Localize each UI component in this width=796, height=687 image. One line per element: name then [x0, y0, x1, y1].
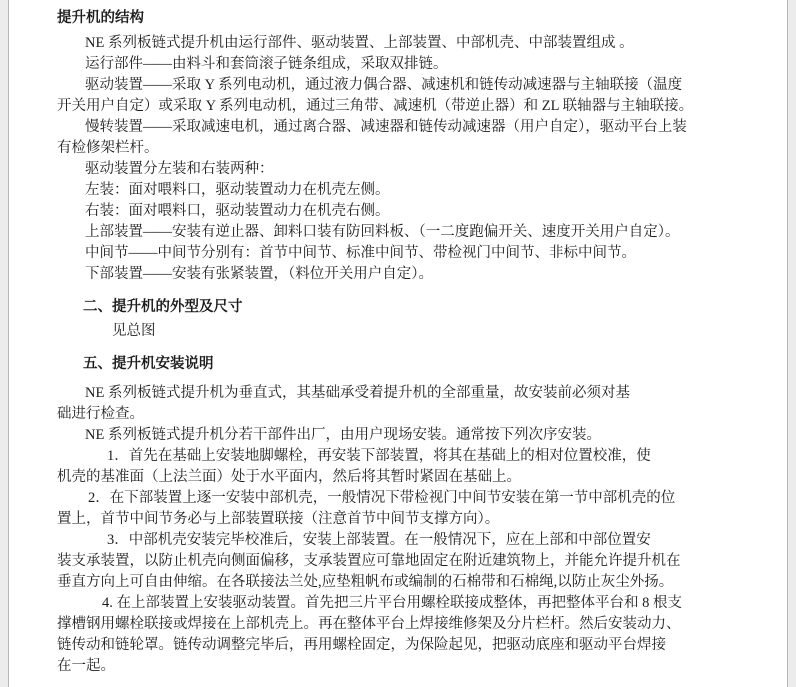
page-left-edge — [0, 0, 9, 687]
paragraph-line: 左装：面对喂料口，驱动装置动力在机壳左侧。 — [57, 180, 771, 201]
paragraph-line: 运行部件——由料斗和套筒滚子链条组成，采取双排链。 — [57, 54, 771, 75]
numbered-step-line: 3．中部机壳安装完毕校准后，安装上部装置。在一般情况下，应在上部和中部位置安 — [57, 530, 771, 551]
paragraph-line: 置上，首节中间节务必与上部装置联接（注意首节中间节支撑方向）。 — [57, 509, 771, 530]
numbered-step-line: 1．首先在基础上安装地脚螺栓，再安装下部装置，将其在基础上的相对位置校准，使 — [57, 446, 771, 467]
paragraph-line: 驱动装置——采取 Y 系列电动机，通过液力偶合器、减速机和链传动减速器与主轴联接… — [57, 75, 771, 96]
paragraph-line: 装支承装置，以防止机壳向侧面偏移，支承装置应可靠地固定在附近建筑物上，并能允许提… — [57, 551, 771, 572]
paragraph-line: 见总图 — [57, 321, 771, 342]
paragraph-line: 中间节——中间节分别有：首节中间节、标准中间节、带检视门中间节、非标中间节。 — [57, 243, 771, 264]
paragraph-line: 在一起。 — [57, 656, 771, 677]
paragraph-line: 链传动和链轮罩。链传动调整完毕后，再用螺栓固定，为保险起见，把驱动底座和驱动平台… — [57, 635, 771, 656]
paragraph-line: 撑槽钢用螺栓联接或焊接在上部机壳上。再在整体平台上焊接维修架及分片栏杆。然后安装… — [57, 614, 771, 635]
page-right-edge — [787, 0, 796, 687]
paragraph-line: 有检修架栏杆。 — [57, 138, 771, 159]
document-viewer: 提升机的结构 NE 系列板链式提升机由运行部件、驱动装置、上部装置、中部机壳、中… — [0, 0, 796, 687]
paragraph-line: 开关用户自定）或采取 Y 系列电动机，通过三角带、减速机（带逆止器）和 ZL 联… — [57, 96, 771, 117]
paragraph-line: NE 系列板链式提升机由运行部件、驱动装置、上部装置、中部机壳、中部装置组成 。 — [57, 33, 771, 54]
paragraph-line: 驱动装置分左装和右装两种： — [57, 159, 771, 180]
paragraph-line: NE 系列板链式提升机分若干部件出厂，由用户现场安装。通常按下列次序安装。 — [57, 425, 771, 446]
paragraph-line: NE 系列板链式提升机为垂直式，其基础承受着提升机的全部重量，故安装前必须对基 — [57, 383, 771, 404]
numbered-step-line: 2．在下部装置上逐一安装中部机壳，一般情况下带检视门中间节安装在第一节中部机壳的… — [57, 488, 771, 509]
section-heading: 二、提升机的外型及尺寸 — [57, 297, 771, 318]
paragraph-line: 垂直方向上可自由伸缩。在各联接法兰处,应垫粗帆布或编制的石棉带和石棉绳,以防止灰… — [57, 572, 771, 593]
paragraph-line: 础进行检查。 — [57, 404, 771, 425]
document-page: 提升机的结构 NE 系列板链式提升机由运行部件、驱动装置、上部装置、中部机壳、中… — [57, 0, 771, 677]
paragraph-line: 机壳的基准面（上法兰面）处于水平面内，然后将其暂时紧固在基础上。 — [57, 467, 771, 488]
doc-title: 提升机的结构 — [57, 8, 771, 29]
section-heading: 五、提升机安装说明 — [57, 354, 771, 375]
numbered-step-line: 4. 在上部装置上安装驱动装置。首先把三片平台用螺栓联接成整体，再把整体平台和 … — [57, 593, 771, 614]
paragraph-line: 右装：面对喂料口，驱动装置动力在机壳右侧。 — [57, 201, 771, 222]
paragraph-line: 慢转装置——采取减速电机，通过离合器、减速器和链传动减速器（用户自定），驱动平台… — [57, 117, 771, 138]
paragraph-line: 下部装置——安装有张紧装置，（料位开关用户自定）。 — [57, 264, 771, 285]
paragraph-line: 上部装置——安装有逆止器、卸料口装有防回料板、（一二度跑偏开关、速度开关用户自定… — [57, 222, 771, 243]
